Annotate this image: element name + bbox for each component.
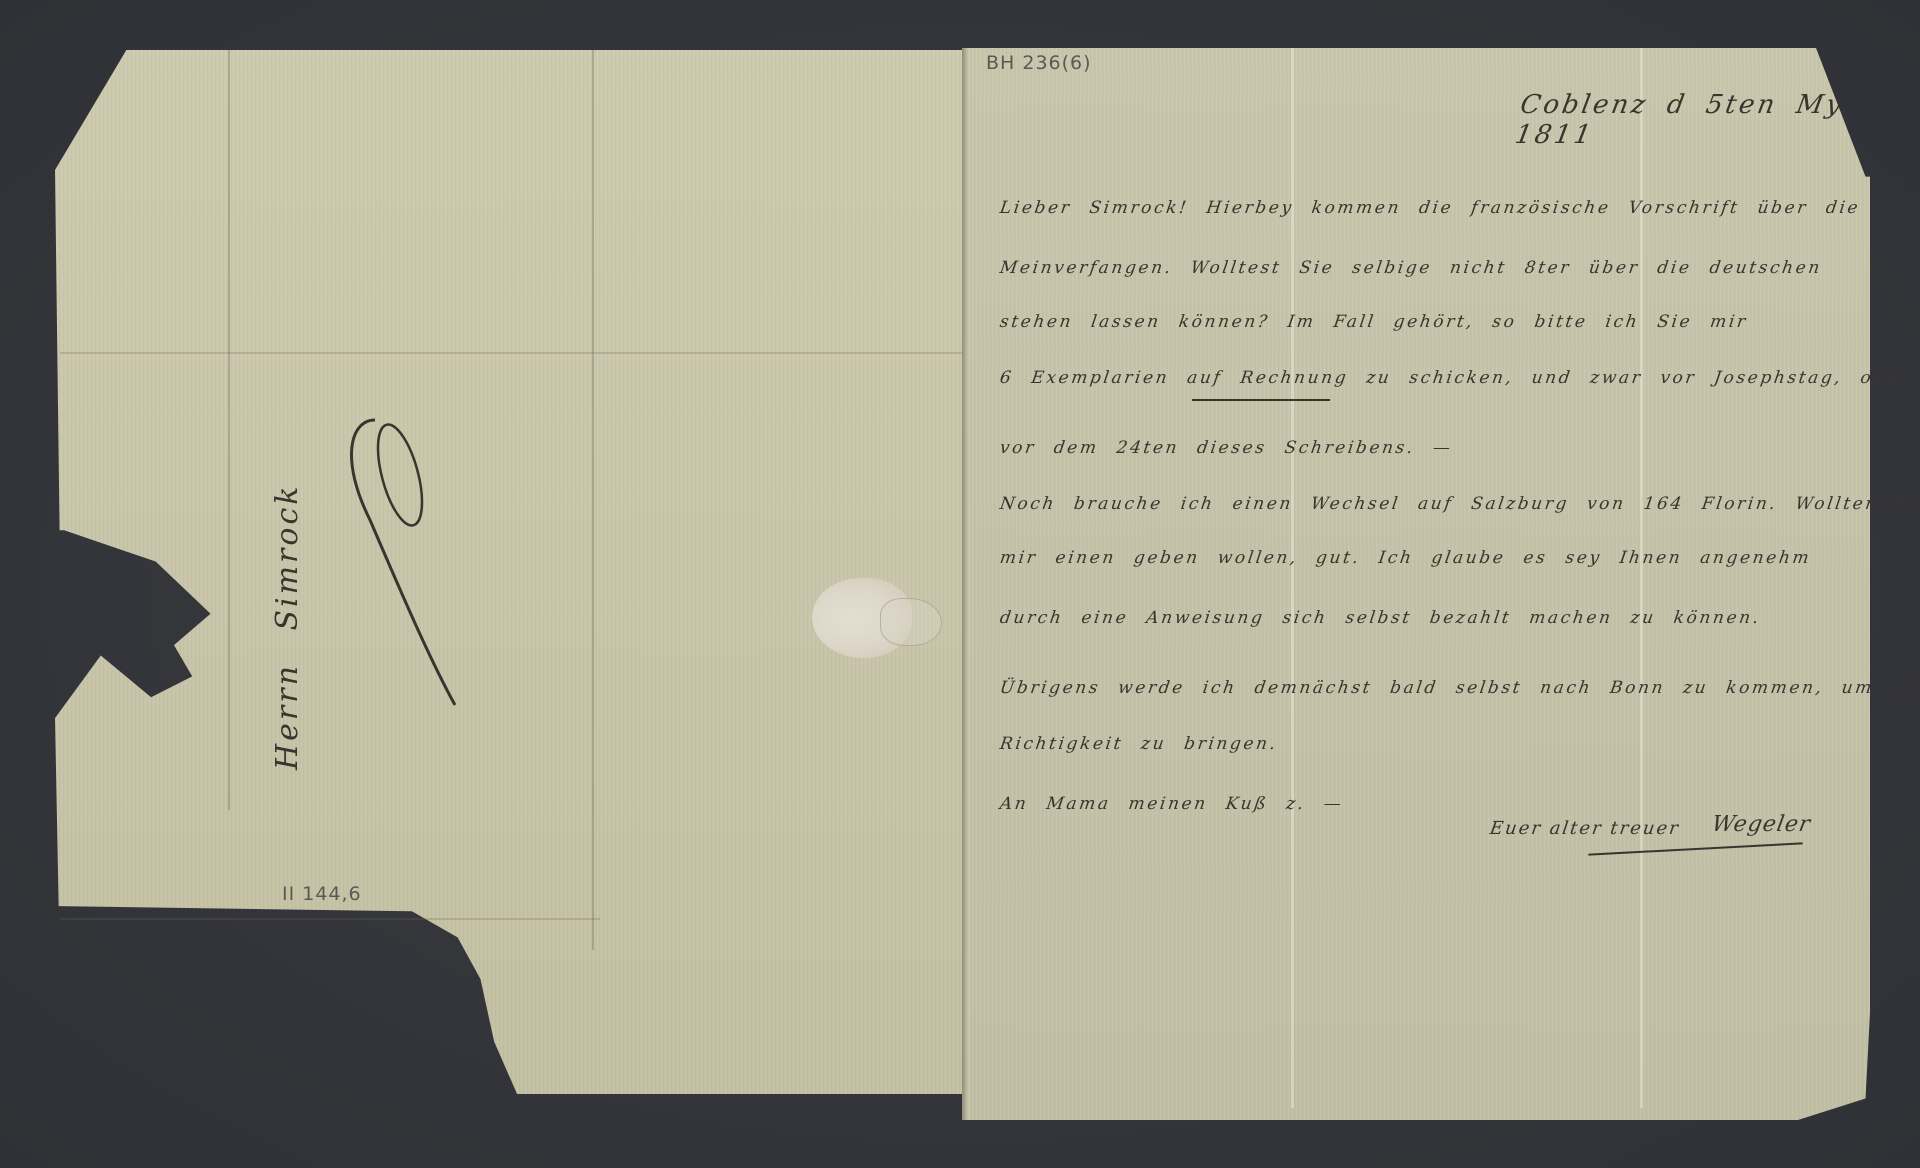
- underline-mark: [1192, 399, 1330, 401]
- fold-line: [60, 352, 965, 354]
- letter-line: stehen lassen können? Im Fall gehört, so…: [999, 312, 1750, 332]
- letter-line: durch eine Anweisung sich selbst bezahlt…: [999, 608, 1763, 628]
- letter-dateline: Coblenz d 5ten My. 1811: [1513, 90, 1920, 150]
- address-text: Herrn Simrock: [270, 484, 305, 770]
- archive-shelfmark-left: II 144,6: [282, 883, 362, 905]
- letter-line: mir einen geben wollen, gut. Ich glaube …: [999, 548, 1813, 568]
- address-flourish-icon: [330, 400, 480, 720]
- archive-shelfmark-top: BH 236(6): [986, 52, 1092, 74]
- wax-seal-impression: [880, 598, 942, 646]
- binding-spine: [962, 48, 970, 1120]
- letter-line: An Mama meinen Kuß z. —: [999, 794, 1345, 814]
- letter-line: Richtigkeit zu bringen.: [999, 734, 1280, 754]
- fold-line: [228, 50, 230, 810]
- letter-line: vor dem 24ten dieses Schreibens. —: [999, 438, 1454, 458]
- letter-line: Noch brauche ich einen Wechsel auf Salzb…: [999, 494, 1920, 514]
- letter-line: Übrigens werde ich demnächst bald selbst…: [999, 678, 1920, 698]
- letter-signature: Wegeler: [1710, 812, 1813, 837]
- letter-closing: Euer alter treuer: [1489, 818, 1682, 839]
- fold-line: [592, 50, 594, 950]
- fold-line: [60, 918, 600, 920]
- letter-line: Lieber Simrock! Hierbey kommen die franz…: [999, 198, 1862, 218]
- letter-line: 6 Exemplarien auf Rechnung zu schicken, …: [999, 368, 1912, 388]
- letter-line: Meinverfangen. Wolltest Sie selbige nich…: [999, 258, 1824, 278]
